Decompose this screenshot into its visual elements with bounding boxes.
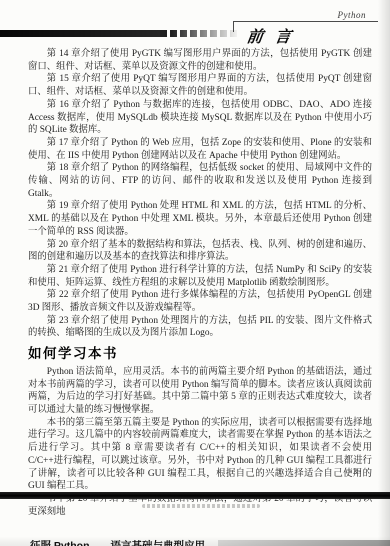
chapter-15-paragraph: 第 15 章介绍了使用 PyQT 编写图形用户界面的方法，包括使用 PyQT 创… — [28, 73, 372, 98]
preface-title: 前言 — [245, 24, 304, 47]
chapter-21-paragraph: 第 21 章介绍了使用 Python 进行科学计算的方法，包括 NumPy 和 … — [28, 264, 372, 289]
next-page-edge-shadow — [218, 540, 390, 546]
howto-paragraph-1: Python 语法简单，应用灵活。本书的前两篇主要介绍 Python 的基础语法… — [28, 366, 372, 417]
page-body-text: 第 14 章介绍了使用 PyGTK 编写图形用户界面的方法，包括使用 PyGTK… — [28, 48, 372, 518]
howto-paragraph-2: 本书的第三篇至第五篇主要是 Python 的实际应用，读者可以根据需要有选择地进… — [28, 417, 372, 493]
chapter-19-paragraph: 第 19 章介绍了使用 Python 处理 HTML 和 XML 的方法，包括 … — [28, 200, 372, 238]
chapter-22-paragraph: 第 22 章介绍了使用 Python 进行多媒体编程的方法，包括使用 PyOpe… — [28, 289, 372, 314]
book-title-footer-cropped: 征服 Python——语言基础与典型应用 — [30, 538, 205, 546]
chapter-18-paragraph: 第 18 章介绍了 Python 的网络编程，包括低级 socket 的使用、局… — [28, 162, 372, 200]
running-header-text: Python — [338, 10, 367, 20]
chapter-20-paragraph: 第 20 章介绍了基本的数据结构和算法，包括表、栈、队列、树的创建和遍历、图的创… — [28, 239, 372, 264]
header-rule-line — [233, 21, 378, 22]
scan-smudge-artifact — [142, 504, 260, 508]
header-black-bar — [0, 30, 160, 37]
scan-edge-right-shading — [378, 0, 390, 546]
chapter-14-paragraph: 第 14 章介绍了使用 PyGTK 编写图形用户界面的方法，包括使用 PyGTK… — [28, 48, 372, 73]
section-heading-how-to-learn: 如何学习本书 — [28, 348, 372, 361]
scanned-book-page: Python 前言 第 14 章介绍了使用 PyGTK 编写图形用户界面的方法，… — [0, 0, 390, 546]
page-number: -3- — [349, 466, 362, 476]
chapter-16-paragraph: 第 16 章介绍了 Python 与数据库的连接，包括使用 ODBC、DAO、A… — [28, 99, 372, 137]
chapter-17-paragraph: 第 17 章介绍了 Python 的 Web 应用，包括 Zope 的安装和使用… — [28, 137, 372, 162]
chapter-23-paragraph: 第 23 章介绍了使用 Python 处理图片的方法，包括 PIL 的安装、图片… — [28, 315, 372, 340]
header-bar-fade-segments — [160, 30, 240, 37]
footer-black-bar — [0, 492, 390, 499]
